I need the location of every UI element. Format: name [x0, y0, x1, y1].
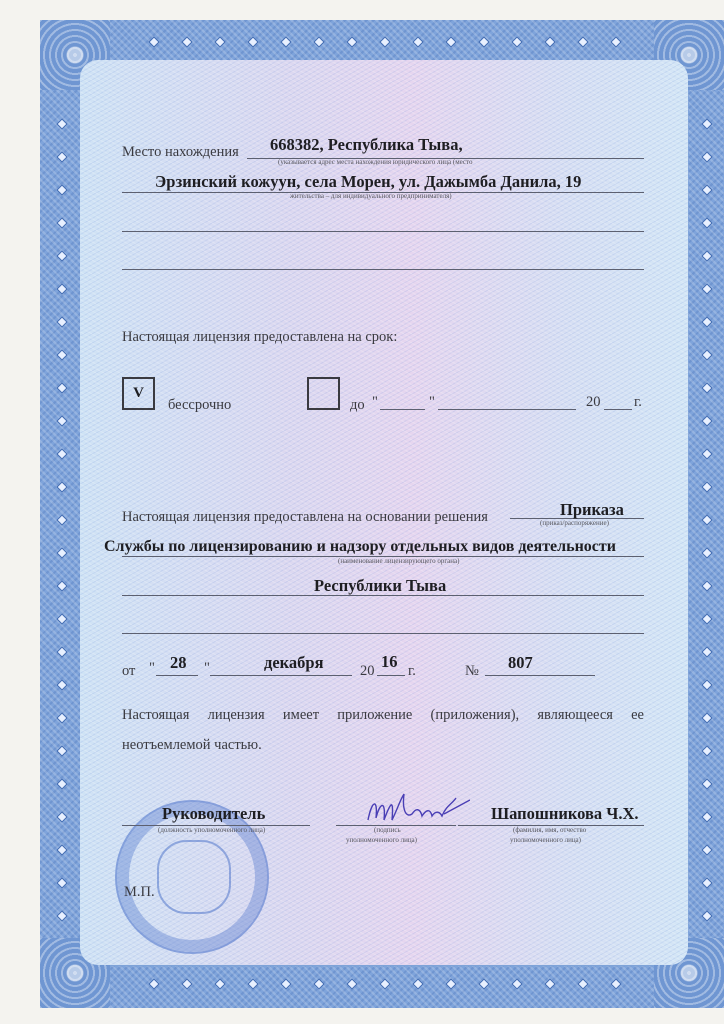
- position-caption: (должность уполномоченного лица): [158, 826, 265, 834]
- address-caption-2: жительства – для индивидуального предпри…: [290, 192, 452, 200]
- signature-caption-2: уполномоченного лица): [346, 836, 417, 844]
- date-year-value: 16: [381, 652, 398, 672]
- position-value: Руководитель: [162, 804, 265, 824]
- date-month-line: [210, 675, 352, 676]
- decision-type-caption: (приказ/распоряжение): [540, 519, 609, 527]
- number-line: [485, 675, 595, 676]
- number-sign: №: [465, 663, 479, 680]
- checkbox-indefinite[interactable]: V: [122, 377, 155, 410]
- term-label: Настоящая лицензия предоставлена на срок…: [122, 329, 397, 346]
- signatory-name-value: Шапошникова Ч.Х.: [491, 804, 639, 824]
- license-number-value: 807: [508, 653, 533, 673]
- name-caption-2: уполномоченного лица): [510, 836, 581, 844]
- date-year-suffix: г.: [408, 663, 416, 680]
- address-line-3: [122, 231, 644, 232]
- until-label: до: [350, 397, 365, 414]
- basis-label: Настоящая лицензия предоставлена на осно…: [122, 509, 488, 526]
- until-year-field[interactable]: [604, 409, 632, 410]
- authority-caption: (наименование лицензирующего органа): [338, 557, 459, 565]
- indefinite-label: бессрочно: [168, 397, 231, 414]
- name-caption-1: (фамилия, имя, отчество: [513, 826, 586, 834]
- until-month-field[interactable]: [438, 409, 576, 410]
- until-year-suffix: г.: [634, 394, 642, 411]
- address-caption-1: (указывается адрес места нахождения юрид…: [278, 158, 473, 166]
- ornamental-border-left: [40, 20, 80, 1008]
- decision-type-value: Приказа: [560, 500, 624, 520]
- signature-caption-1: (подпись: [374, 826, 401, 834]
- date-prefix: от: [122, 663, 135, 680]
- authority-value-2: Республики Тыва: [314, 576, 446, 596]
- seal-emblem-icon: [157, 840, 231, 914]
- seal-place-label: М.П.: [124, 884, 155, 901]
- date-year-line: [377, 675, 405, 676]
- authority-line-3: [122, 633, 644, 634]
- until-quote-open: ": [372, 394, 378, 411]
- date-year-prefix: 20: [360, 663, 375, 680]
- authority-value-1: Службы по лицензированию и надзору отдел…: [104, 538, 616, 556]
- address-label: Место нахождения: [122, 144, 239, 161]
- until-quote-close: ": [429, 394, 435, 411]
- address-line-4: [122, 269, 644, 270]
- date-quote-open: ": [149, 660, 155, 677]
- until-day-field[interactable]: [380, 409, 425, 410]
- date-day-value: 28: [170, 653, 187, 673]
- checkmark-v-icon: V: [133, 385, 144, 402]
- address-value-2: Эрзинский кожуун, села Морен, ул. Дажымб…: [155, 172, 581, 192]
- date-month-value: декабря: [264, 653, 324, 673]
- handwritten-signature-icon: [360, 790, 470, 830]
- address-value-1: 668382, Республика Тыва,: [270, 135, 463, 155]
- date-day-line: [156, 675, 198, 676]
- until-year-prefix: 20: [586, 394, 601, 411]
- checkbox-until-date[interactable]: [307, 377, 340, 410]
- appendix-text-line-1: Настоящая лицензия имеет приложение (при…: [122, 707, 644, 724]
- appendix-text-line-2: неотъемлемой частью.: [122, 737, 262, 754]
